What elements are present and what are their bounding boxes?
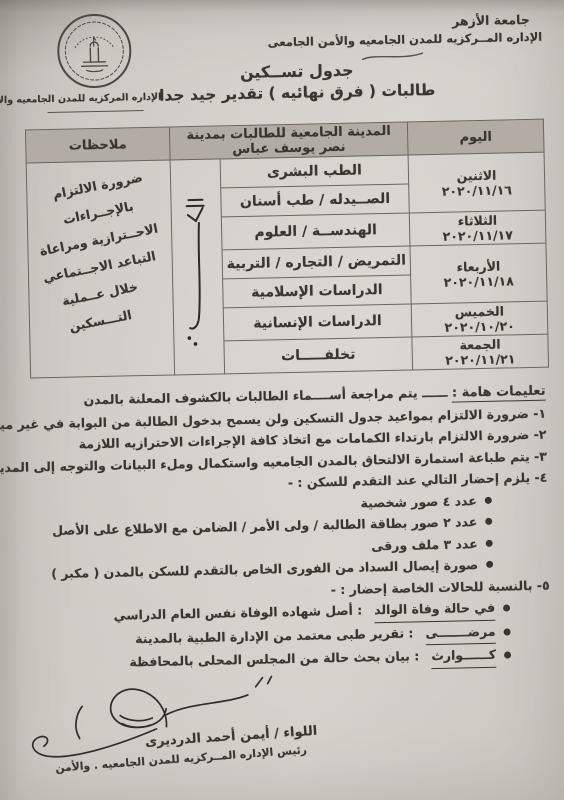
handwritten-mark-icon [177, 194, 216, 355]
day-label: الاثنين [456, 167, 496, 183]
day-label: الجمعة [459, 337, 500, 353]
day-date: ٢٠٢٠/١١/١٨ [413, 272, 544, 290]
day-date: ٢٠٢٠/١١/١٧ [412, 227, 543, 245]
housing-schedule-table: اليوم المدينة الجامعية للطالبات بمدينة ن… [25, 119, 549, 379]
day-cell: الثلاثاء ٢٠٢٠/١١/١٧ [409, 210, 546, 246]
bullet-icon [485, 518, 492, 525]
bullet-icon [503, 605, 510, 612]
faculty-cell: الصــيدله / طب أسنان [221, 184, 410, 217]
day-date: ٢٠٢٠/١٠/٢٠ [414, 318, 545, 336]
agency-block: جامعة الأزهر الإداره المــركزيه للمدن ال… [267, 11, 542, 52]
special-case-text: : تقرير طبى معتمد من الإدارة الطبية بالم… [135, 622, 414, 649]
bullet-icon [485, 497, 492, 504]
special-case-text: : أصل شهاده الوفاة نفس العام الدراسي [113, 600, 362, 627]
document-text: عدد ٣ ملف ورقى [371, 533, 478, 557]
day-label: الخميس [455, 304, 504, 320]
day-column-header: اليوم [407, 119, 544, 155]
bullet-icon [504, 652, 511, 659]
notes-column-header: ملاحظات [25, 127, 170, 163]
document-sheet: جامعة الأزهر الإداره المــركزيه للمدن ال… [0, 0, 564, 800]
annotation-cell [170, 159, 224, 375]
day-date: ٢٠٢٠/١١/٢١ [415, 351, 546, 369]
day-label: الأربعاء [456, 258, 500, 274]
day-date: ٢٠٢٠/١١/١٦ [411, 181, 542, 199]
document-header: جامعة الأزهر الإداره المــركزيه للمدن ال… [0, 0, 560, 128]
special-case-lead: مرضـــــــى [425, 620, 496, 645]
faculty-cell: الهندســة / العلوم [221, 213, 410, 250]
city-column-header: المدينة الجامعية للطالبات بمدينة نصر يوس… [169, 122, 408, 160]
required-documents-list: عدد ٤ صور شخصية عدد ٢ صور بطاقة الطالبة … [16, 488, 550, 585]
instructions-heading: تعليمات هامة : [452, 384, 546, 403]
faculty-cell: الدراسات الإنسانية [223, 304, 412, 341]
bullet-icon [504, 628, 511, 635]
special-cases-list: في حالة وفاة الوالد : أصل شهاده الوفاة ن… [18, 596, 551, 678]
scanned-document: جامعة الأزهر الإداره المــركزيه للمدن ال… [0, 0, 564, 800]
instructions-section: تعليمات هامة : ــــــ يتم مراجعة أســــم… [13, 380, 551, 678]
faculty-cell: تخلفـــــات [224, 337, 413, 374]
notes-cell: ضرورة الالتزام بالإجــراءات الاحــترازية… [26, 160, 174, 378]
faculty-cell: الطب البشرى [220, 155, 409, 188]
signature-block: اللواء / أيمن أحمد الدرديرى رئيس الإداره… [8, 672, 564, 800]
bullet-icon [486, 561, 493, 568]
day-cell: الأربعاء ٢٠٢٠/١١/١٨ [410, 243, 547, 304]
instructions-intro: ــــــ يتم مراجعة أســــماء الطالبات بال… [83, 385, 447, 408]
bullet-icon [486, 540, 493, 547]
day-label: الثلاثاء [458, 213, 498, 229]
special-case-lead: كــــــوارث [431, 644, 496, 669]
faculty-cell: الدراسات الإسلامية [223, 275, 412, 308]
day-cell: الخميس ٢٠٢٠/١٠/٢٠ [411, 301, 548, 337]
document-text: عدد ٤ صور شخصية [360, 490, 477, 514]
faculty-cell: التمريض / التجاره / التربية [222, 246, 411, 279]
seal-underline [48, 110, 144, 113]
day-cell: الجمعة ٢٠٢٠/١١/٢١ [412, 334, 549, 370]
day-cell: الاثنين ٢٠٢٠/١١/١٦ [408, 152, 545, 213]
special-case-lead: في حالة وفاة الوالد [374, 597, 495, 623]
